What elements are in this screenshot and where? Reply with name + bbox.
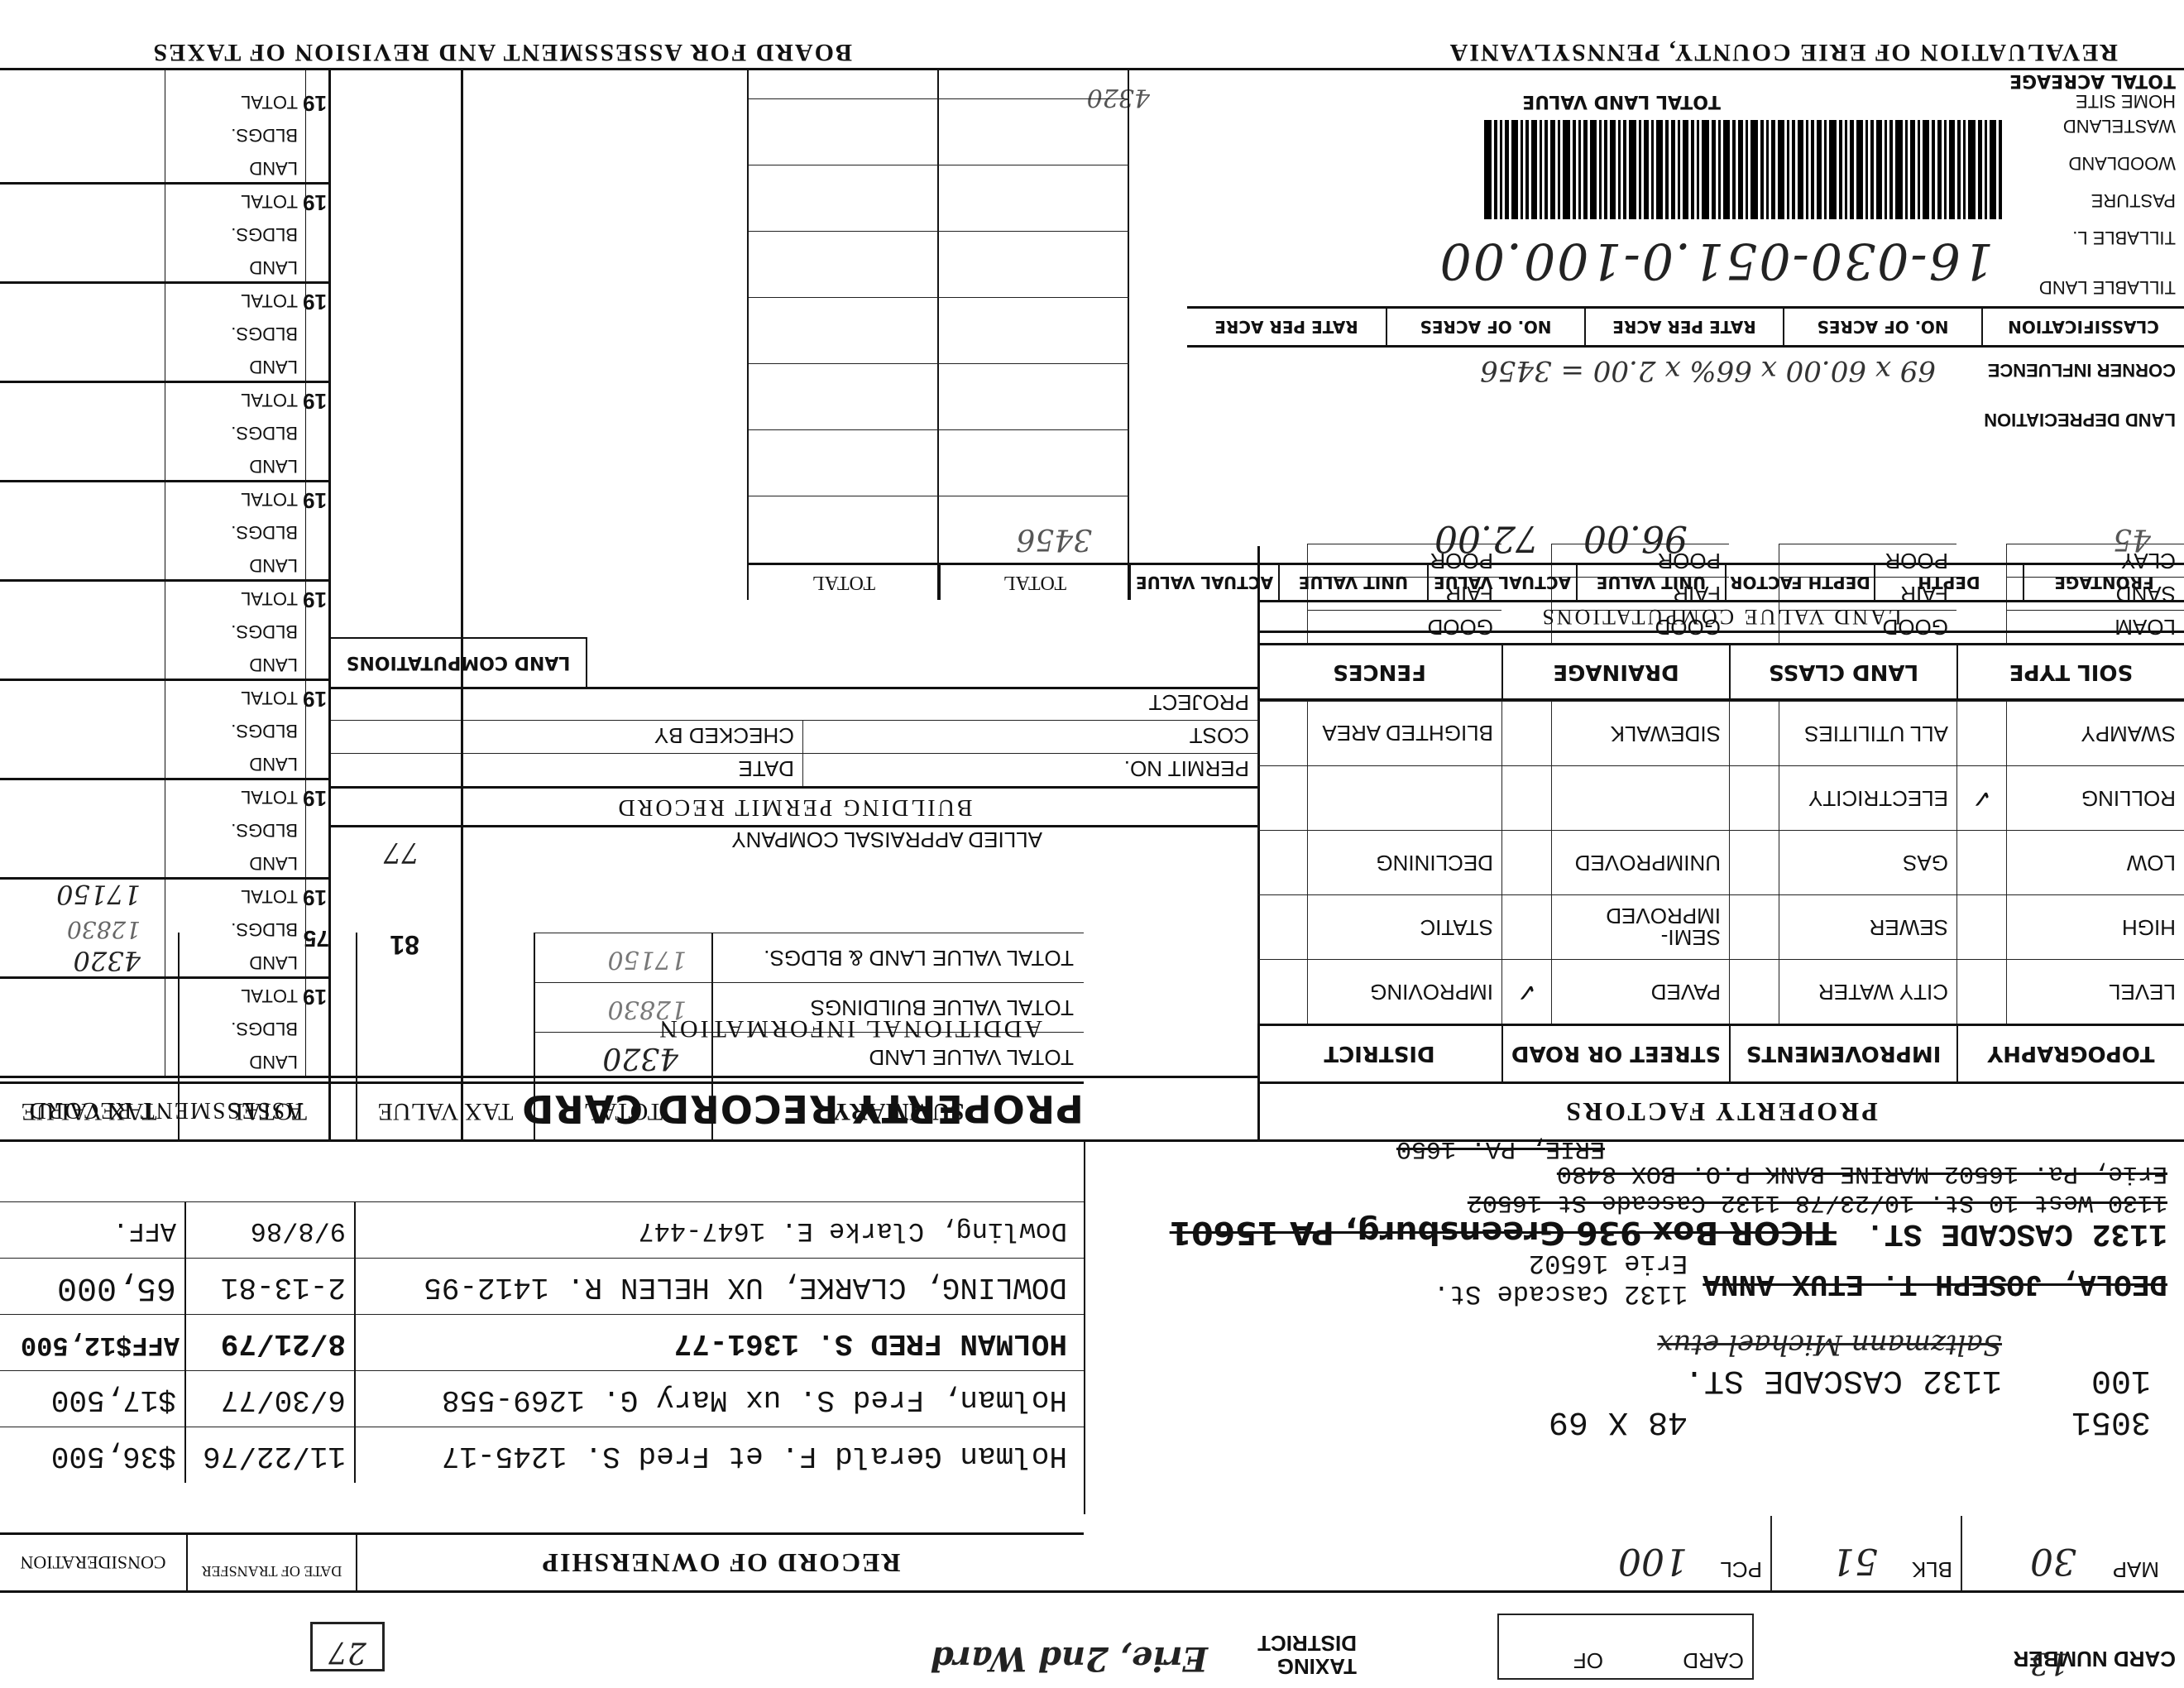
ownership-title: RECORD OF OWNERSHIP: [356, 1532, 1084, 1590]
pf-gas[interactable]: GAS: [1779, 830, 1956, 894]
acre-row-tillable: TILLABLE LAND: [2039, 276, 2176, 298]
allied-appraisal: ALLIED APPRAISAL COMPANY: [731, 827, 1042, 852]
assessment-blocks: LAND BLDGS. TOTAL 19 LAND BLDGS. TOTAL 1…: [0, 70, 331, 1076]
ownership-row-5-name: Dowling, Clarke E. 1647-447: [356, 1201, 1084, 1258]
assessment-record: ASSESSMENT RECORD LAND BLDGS. TOTAL 19 L…: [0, 70, 331, 1142]
pf-header-street: STREET OR ROAD: [1501, 1024, 1729, 1081]
pf-sewer[interactable]: SEWER: [1779, 894, 1956, 959]
lv-header-actual-value-2: ACTUAL VALUE: [1129, 563, 1278, 600]
lv-header-frontage: FRONTAGE: [2023, 563, 2184, 600]
pcl-label: PCL: [1720, 1556, 1762, 1582]
record-of-ownership: RECORD OF OWNERSHIP DATE OF TRANSFER CON…: [0, 1144, 1084, 1590]
owner-typed-city: Erie 16502: [1529, 1248, 1688, 1278]
property-factors: PROPERTY FACTORS TOPOGRAPHY IMPROVEMENTS…: [1257, 546, 2184, 1142]
blk-label: BLK: [1912, 1556, 1952, 1582]
pf-improving[interactable]: IMPROVING: [1307, 959, 1501, 1024]
pf-blighted-area[interactable]: BLIGHTED AREA: [1307, 701, 1501, 765]
owner-line2-addr: 1132 CASCADE ST.: [1684, 1361, 2002, 1398]
taxing-district-label: TAXING DISTRICT: [1224, 1632, 1357, 1678]
lv-header-depth: DEPTH: [1874, 563, 2023, 600]
assessment-block-8: LAND BLDGS. TOTAL 19: [0, 281, 331, 381]
total-acreage-label: TOTAL ACREAGE: [2009, 70, 2176, 91]
owner-handwritten-name: Saltzmann Michael etux: [1657, 1328, 2002, 1361]
ward-box: 27: [310, 1622, 385, 1671]
owner-block: 3051 48 X 69 100 1132 CASCADE ST. Saltzm…: [1084, 1142, 2184, 1514]
ownership-consideration-header: CONSIDERATION: [0, 1532, 186, 1590]
header-left-title: REVALUATION OF ERIE COUNTY, PENNSYLVANIA: [1166, 30, 2118, 66]
lv-header-depth-factor: DEPTH FACTOR: [1725, 563, 1874, 600]
assessment-block-6: LAND BLDGS. TOTAL 19: [0, 480, 331, 579]
ownership-row-1-name: Holman Gerald F. et Fred S. 1245-17: [356, 1427, 1084, 1483]
pf-swampy[interactable]: SWAMPY: [2006, 701, 2184, 765]
assessment-total-value: 17150: [56, 879, 141, 910]
pf-header-fences: FENCES: [1257, 643, 1501, 701]
owner-struck-addr-1: 1130 West 10 St. 10/23/78 1132 Cascade S…: [1468, 1188, 2167, 1216]
assessment-block-9: LAND BLDGS. TOTAL 19: [0, 182, 331, 281]
card-of-box: CARD OF: [1497, 1614, 1754, 1680]
land-value-rows: 45 96.00 72.00 3456: [579, 480, 2184, 563]
pf-high[interactable]: HIGH: [2006, 894, 2184, 959]
land-depreciation-label: LAND DEPRECIATION: [1984, 409, 2176, 430]
lv-header-actual-value: ACTUAL VALUE: [1427, 563, 1576, 600]
owner-line1-dims: 48 X 69: [1549, 1403, 1688, 1440]
taxing-district-value: Erie, 2nd Ward: [931, 1639, 1208, 1678]
card-number-value: 13: [2030, 1646, 2068, 1680]
property-record-card-title: PROPERTY RECORD CARD: [347, 1078, 1257, 1139]
assessment-block-5: LAND BLDGS. TOTAL 19: [0, 579, 331, 679]
map-block-parcel: MAP 30 BLK 51 PCL 100: [1100, 1516, 2184, 1590]
pf-all-utilities[interactable]: ALL UTILITIES: [1779, 701, 1956, 765]
lv-frontage-value: 45: [2113, 522, 2151, 556]
pf-rows: LEVEL CITY WATER PAVED ✓ IMPROVING HIGH …: [1257, 701, 2184, 1024]
ownership-row-4-name: DOWLING, CLARKE, UX HELEN R. 1412-95: [356, 1258, 1084, 1314]
building-permit-record: BUILDING PERMIT RECORD: [331, 786, 1257, 827]
ownership-row-4-consideration: 65,000: [0, 1258, 186, 1314]
ownership-row-2-date: 6/30/77: [186, 1370, 356, 1427]
blk-value: 51: [1832, 1540, 1878, 1582]
ownership-row-3-name: HOLMAN FRED S. 1361-77: [356, 1314, 1084, 1370]
pf-header-district: DISTRICT: [1257, 1024, 1501, 1081]
assessment-block-3: LAND BLDGS. TOTAL 19: [0, 778, 331, 877]
ownership-row-1-consideration: $36,500: [0, 1427, 186, 1483]
assessment-note-77: 77: [384, 836, 419, 869]
no-of-acres-header-2: NO. OF ACRES: [1386, 306, 1584, 348]
ownership-row-4-date: 2-13-81: [186, 1258, 356, 1314]
owner-struck-ticor: TICOR Box 936 Greensburg, PA 15601: [1170, 1215, 1837, 1251]
lv-actual-value: 72.00: [1434, 517, 1539, 559]
rate-per-acre-header-2: RATE PER ACRE: [1187, 306, 1386, 348]
acre-row-pasture: PASTURE: [2091, 189, 2176, 211]
ownership-rows: Holman Gerald F. et Fred S. 1245-17 11/2…: [0, 1144, 1084, 1532]
ownership-date-header: DATE OF TRANSFER: [186, 1532, 356, 1590]
property-record-card: REVALUATION OF ERIE COUNTY, PENNSYLVANIA…: [0, 0, 2184, 1688]
permit-no-label: PERMIT NO.: [802, 753, 1257, 786]
lv-header-total-2: TOTAL: [749, 563, 939, 600]
pf-rolling[interactable]: ROLLING: [2006, 765, 2184, 830]
pf-static[interactable]: STATIC: [1307, 894, 1501, 959]
pf-paved[interactable]: PAVED: [1551, 959, 1729, 1024]
acre-row-wasteland: WASTELAND: [2063, 115, 2176, 137]
lv-header-total: TOTAL: [939, 563, 1129, 600]
assessment-block-7: LAND BLDGS. TOTAL 19: [0, 381, 331, 480]
ownership-row-2-consideration: $17,500: [0, 1370, 186, 1427]
permit-cost-label: COST: [802, 720, 1257, 753]
no-of-acres-header: NO. OF ACRES: [1783, 306, 1981, 348]
owner-typed-addr: 1132 Cascade St.: [1434, 1278, 1688, 1309]
acre-row-home-site: HOME SITE: [2076, 90, 2176, 112]
owner-line1-code: 3051: [2071, 1403, 2151, 1440]
ownership-row-5-date: 9/8/86: [186, 1201, 356, 1258]
ownership-row-1-date: 11/22/76: [186, 1427, 356, 1483]
owner-struck-addr-2: Erie, Pa. 16502 MARINE BANK P.O. BOX 848…: [1557, 1159, 2167, 1187]
pcl-value: 100: [1618, 1540, 1688, 1582]
pf-header-land-class: LAND CLASS: [1729, 643, 1956, 701]
assessment-block-2-1975: LAND BLDGS. TOTAL 19 75 4320 12830 17150: [0, 877, 331, 976]
pf-sidewalk[interactable]: SIDEWALK: [1551, 701, 1729, 765]
land-value-computations-title: LAND VALUE COMPUTATIONS: [1257, 600, 2184, 633]
assessment-record-title: ASSESSMENT RECORD: [0, 1076, 331, 1142]
of-label: OF: [1573, 1647, 1603, 1673]
pf-semi-improved[interactable]: SEMI-IMPROVED: [1551, 894, 1729, 959]
assessment-block-1: LAND BLDGS. TOTAL 19: [0, 976, 331, 1076]
pf-declining[interactable]: DECLINING: [1307, 830, 1501, 894]
assessment-note-column: 81 77: [331, 70, 463, 1142]
assessment-block-4: LAND BLDGS. TOTAL 19: [0, 679, 331, 778]
pf-low[interactable]: LOW: [2006, 830, 2184, 894]
card-id-strip: CARD NUMBER 13 CARD OF TAXING DISTRICT E…: [0, 1597, 2184, 1688]
lv-header-unit-value-2: UNIT VALUE: [1278, 563, 1427, 600]
header-right-title: BOARD FOR ASSESSMENT AND REVISION OF TAX…: [0, 30, 852, 66]
assessment-note-81: 81: [390, 929, 419, 960]
pf-city-water[interactable]: CITY WATER: [1779, 959, 1956, 1024]
total-land-value-label: TOTAL LAND VALUE: [1522, 91, 1721, 112]
assessment-land-value: 4320: [74, 945, 141, 976]
property-factors-title: PROPERTY FACTORS: [1257, 1081, 2184, 1139]
assessment-block-10: LAND BLDGS. TOTAL 19: [0, 83, 331, 182]
lv-total-value: 3456: [1016, 522, 1092, 556]
assessment-bldgs-value: 12830: [67, 916, 141, 943]
assessment-year: 75: [304, 925, 329, 952]
map-value: 30: [2030, 1540, 2076, 1582]
card-label: CARD: [1683, 1647, 1744, 1673]
prc-title-bar: PROPERTY RECORD CARD: [331, 1076, 1257, 1142]
corner-influence-label: CORNER INFLUENCE: [1988, 359, 2176, 381]
classification-header: CLASSIFICATION: [1981, 306, 2184, 348]
parcel-barcode: [1348, 120, 2002, 219]
ownership-row-3-consideration: AFF$12,500: [0, 1314, 186, 1370]
ownership-row-5-consideration: AFF.: [0, 1201, 186, 1258]
ownership-row-3-date: 8/21/79: [186, 1314, 356, 1370]
pf-electricity[interactable]: ELECTRICITY: [1779, 765, 1956, 830]
rate-per-acre-header: RATE PER ACRE: [1584, 306, 1783, 348]
additional-information: ADDITIONAL INFORMATION: [657, 1014, 1042, 1043]
owner-line2-code: 100: [2091, 1361, 2151, 1398]
total-land-value-amount: 4320: [1087, 83, 1150, 112]
permit-project-label: PROJECT: [331, 687, 1257, 720]
owner-struck-name: DEOLA, JOSEPH T. ETUX ANNA: [1703, 1267, 2167, 1301]
lv-unit-value: 96.00: [1583, 517, 1688, 559]
acre-row-tillable-2: TILLABLE L.: [2072, 227, 2176, 248]
map-label: MAP: [2113, 1556, 2159, 1582]
ownership-row-2-name: Holman, Fred S. ux Mary G. 1269-558: [356, 1370, 1084, 1427]
pf-paved-check[interactable]: ✓: [1501, 959, 1551, 1024]
acre-row-woodland: WOODLAND: [2068, 152, 2176, 174]
pf-header-soil-type: SOIL TYPE: [1956, 643, 2184, 701]
pf-level[interactable]: LEVEL: [2006, 959, 2184, 1024]
prc-body: ADDITIONAL INFORMATION ALLIED APPRAISAL …: [331, 546, 1257, 1076]
lv-header-unit-value: UNIT VALUE: [1576, 563, 1725, 600]
pf-unimproved[interactable]: UNIMPROVED: [1551, 830, 1729, 894]
owner-mailing-addr: 1132 CASCADE ST.: [1865, 1216, 2167, 1251]
parcel-number: 16-030-051.0-100.00: [1439, 232, 1994, 290]
pf-header-drainage: DRAINAGE: [1501, 643, 1729, 701]
corner-influence-value: 69 x 60.00 x 66% x 2.00 = 3456: [1480, 354, 1936, 387]
pf-header-topography: TOPOGRAPHY: [1956, 1024, 2184, 1081]
pf-rolling-check[interactable]: ✓: [1956, 765, 2006, 830]
pf-header-improvements: IMPROVEMENTS: [1729, 1024, 1956, 1081]
